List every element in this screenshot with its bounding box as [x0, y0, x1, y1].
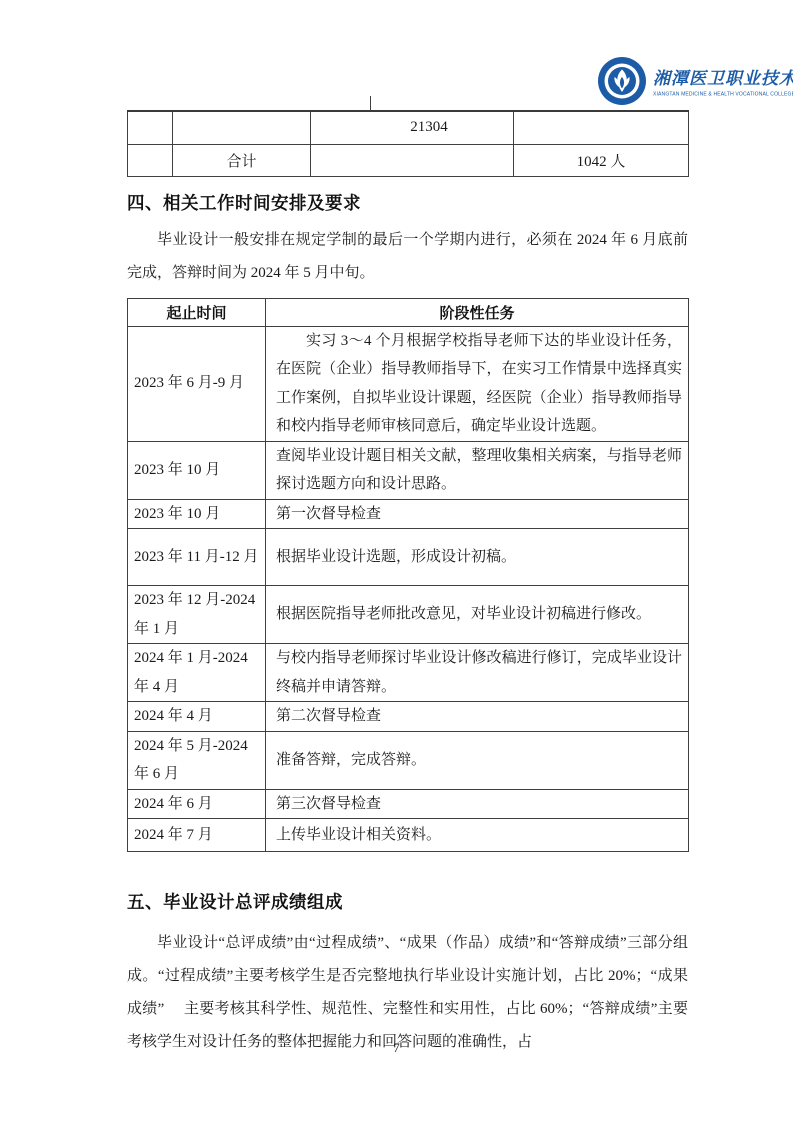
summary-cell-total-label: 合计	[173, 144, 311, 176]
schedule-task: 根据毕业设计选题，形成设计初稿。	[266, 529, 689, 586]
schedule-time: 2024 年 6 月	[128, 789, 266, 819]
table-row: 2024 年 7 月 上传毕业设计相关资料。	[128, 819, 689, 852]
table-row: 2023 年 12 月-2024 年 1 月 根据医院指导老师批改意见，对毕业设…	[128, 586, 689, 644]
schedule-task: 上传毕业设计相关资料。	[266, 819, 689, 852]
summary-cell-empty	[128, 144, 173, 176]
schedule-task: 第二次督导检查	[266, 702, 689, 732]
schedule-time: 2024 年 1 月-2024 年 4 月	[128, 644, 266, 702]
schedule-task: 查阅毕业设计题目相关文献，整理收集相关病案，与指导老师探讨选题方向和设计思路。	[266, 441, 689, 499]
schedule-time: 2023 年 6 月-9 月	[128, 326, 266, 441]
schedule-task: 实习 3～4 个月根据学校指导老师下达的毕业设计任务，在医院（企业）指导教师指导…	[266, 326, 689, 441]
schedule-table: 起止时间 阶段性任务 2023 年 6 月-9 月 实习 3～4 个月根据学校指…	[127, 298, 689, 853]
summary-table: 21304 合计 1042 人	[127, 110, 689, 177]
schedule-task: 与校内指导老师探讨毕业设计修改稿进行修订，完成毕业设计终稿并申请答辩。	[266, 644, 689, 702]
table-header-row: 起止时间 阶段性任务	[128, 298, 689, 326]
schedule-time: 2024 年 5 月-2024 年 6 月	[128, 731, 266, 789]
document-page: 湘潭医卫职业技术学院 XIANGTAN MEDICINE & HEALTH VO…	[0, 0, 793, 1122]
page-content: 21304 合计 1042 人 四、相关工作时间安排及要求 毕业设计一般安排在规…	[127, 0, 688, 1059]
section4-heading: 四、相关工作时间安排及要求	[127, 190, 688, 215]
schedule-time: 2023 年 10 月	[128, 441, 266, 499]
header-stage-task: 阶段性任务	[266, 298, 689, 326]
table-row: 2023 年 10 月 查阅毕业设计题目相关文献，整理收集相关病案，与指导老师探…	[128, 441, 689, 499]
section5-heading: 五、毕业设计总评成绩组成	[127, 889, 688, 914]
section4-paragraph: 毕业设计一般安排在规定学制的最后一个学期内进行，必须在 2024 年 6 月底前…	[127, 224, 688, 290]
table-row: 2023 年 11 月-12 月 根据毕业设计选题，形成设计初稿。	[128, 529, 689, 586]
schedule-task: 根据医院指导老师批改意见，对毕业设计初稿进行修改。	[266, 586, 689, 644]
summary-cell-empty	[514, 111, 689, 144]
summary-cell-class-code: 21304	[311, 111, 514, 144]
table-row: 2023 年 6 月-9 月 实习 3～4 个月根据学校指导老师下达的毕业设计任…	[128, 326, 689, 441]
summary-cell-empty	[173, 111, 311, 144]
schedule-task: 第三次督导检查	[266, 789, 689, 819]
table-row: 21304	[128, 111, 689, 144]
page-number: 7	[0, 1040, 793, 1056]
schedule-time: 2023 年 11 月-12 月	[128, 529, 266, 586]
table-row: 2023 年 10 月 第一次督导检查	[128, 499, 689, 529]
table-row: 2024 年 4 月 第二次督导检查	[128, 702, 689, 732]
schedule-task: 准备答辩，完成答辩。	[266, 731, 689, 789]
schedule-time: 2024 年 7 月	[128, 819, 266, 852]
table-row: 合计 1042 人	[128, 144, 689, 176]
table-row: 2024 年 1 月-2024 年 4 月 与校内指导老师探讨毕业设计修改稿进行…	[128, 644, 689, 702]
summary-cell-empty	[311, 144, 514, 176]
schedule-time: 2024 年 4 月	[128, 702, 266, 732]
header-start-end-time: 起止时间	[128, 298, 266, 326]
schedule-time: 2023 年 10 月	[128, 499, 266, 529]
summary-cell-empty	[128, 111, 173, 144]
summary-cell-total-count: 1042 人	[514, 144, 689, 176]
table-row: 2024 年 6 月 第三次督导检查	[128, 789, 689, 819]
table-row: 2024 年 5 月-2024 年 6 月 准备答辩，完成答辩。	[128, 731, 689, 789]
schedule-task: 第一次督导检查	[266, 499, 689, 529]
schedule-time: 2023 年 12 月-2024 年 1 月	[128, 586, 266, 644]
